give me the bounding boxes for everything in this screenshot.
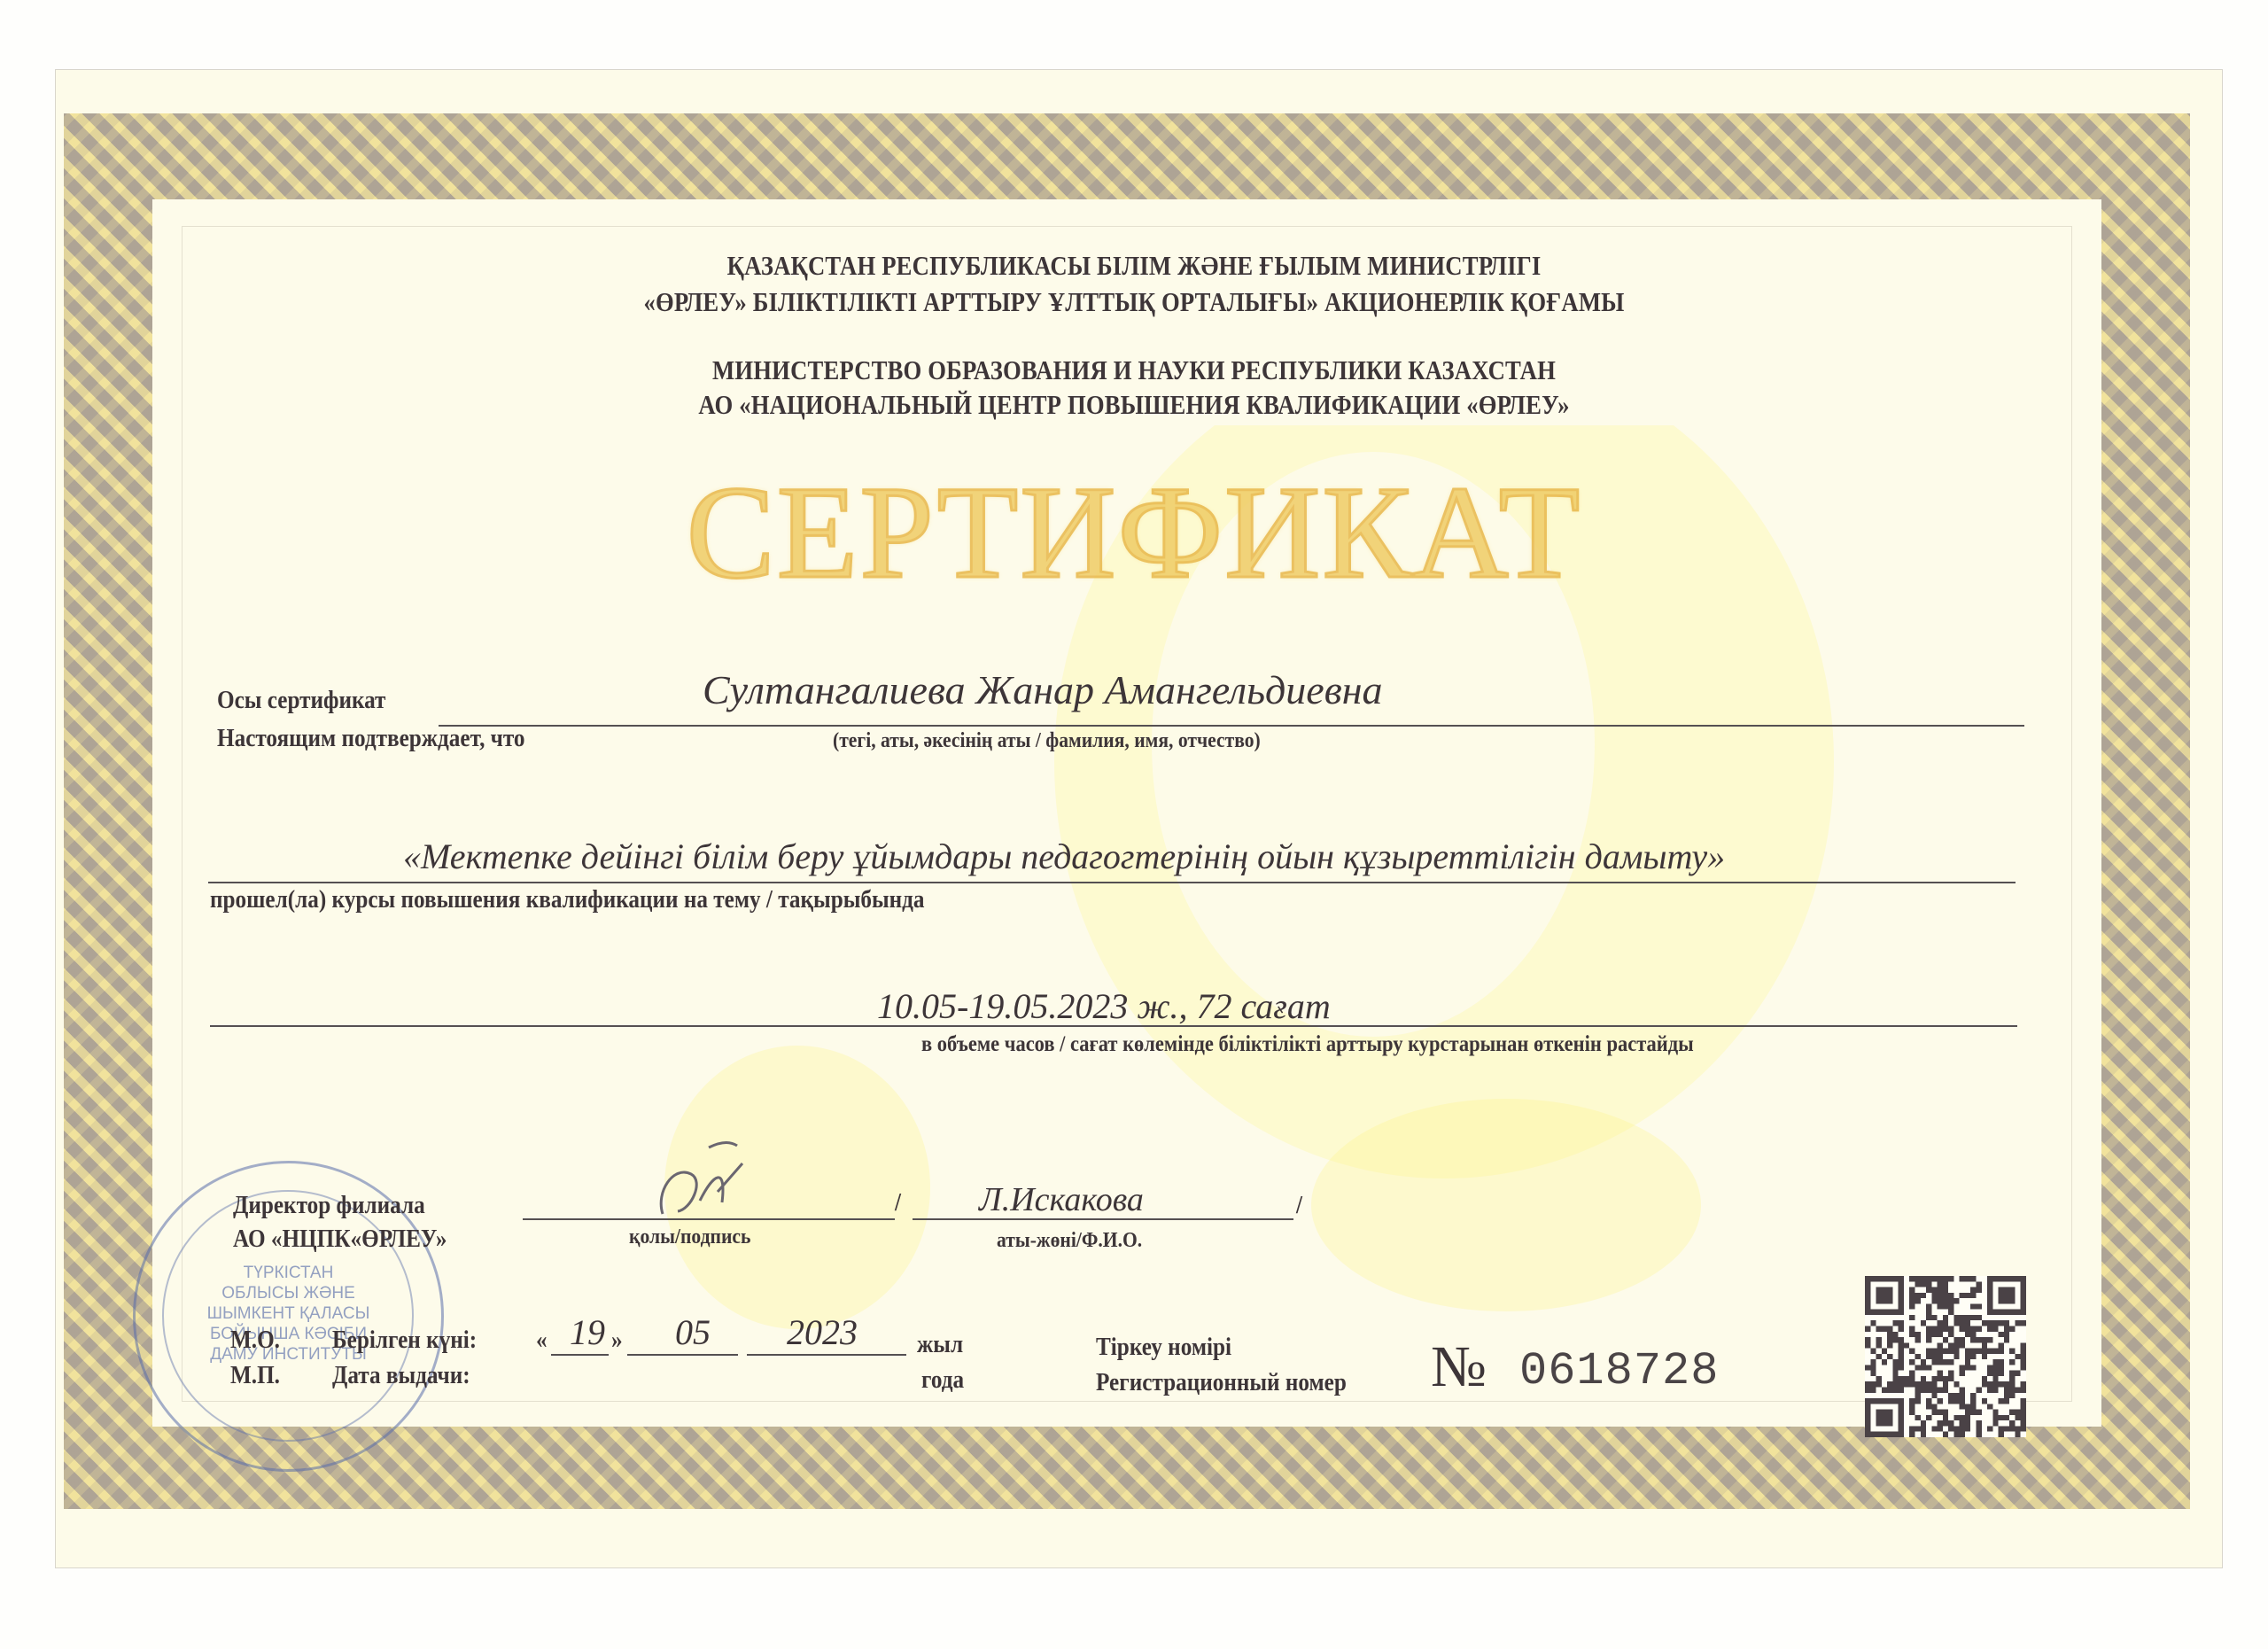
header-ru-line-1: МИНИСТЕРСТВО ОБРАЗОВАНИЯ И НАУКИ РЕСПУБЛ… <box>159 354 2109 386</box>
issue-open-quote: « <box>536 1326 548 1355</box>
header-ru-line-2: АО «НАЦИОНАЛЬНЫЙ ЦЕНТР ПОВЫШЕНИЯ КВАЛИФИ… <box>159 389 2109 421</box>
duration-underline <box>210 1025 2017 1027</box>
issue-day: 19 <box>570 1311 605 1353</box>
issue-date-label-kz: Берілген күні: <box>332 1326 477 1355</box>
duration-caption: в объеме часов / сағат көлемінде білікті… <box>921 1032 1694 1057</box>
recipient-label-ru: Настоящим подтверждает, что <box>217 725 525 753</box>
course-underline <box>208 882 2016 883</box>
recipient-label-kz: Осы сертификат <box>217 687 385 715</box>
signatory-name-line <box>913 1218 1293 1220</box>
issue-year-label-kz: жыл <box>917 1331 963 1359</box>
signatory-name-caption: аты-жөні/Ф.И.О. <box>997 1229 1142 1253</box>
registration-label-ru: Регистрационный номер <box>1096 1369 1347 1397</box>
signatory-name: Л.Искакова <box>979 1180 1144 1219</box>
signature-separator-2: / <box>1296 1192 1302 1220</box>
signature-separator-1: / <box>895 1189 901 1217</box>
course-topic: «Мектепке дейінгі білім беру ұйымдары пе… <box>403 836 1725 877</box>
numero-sign: № <box>1431 1334 1487 1401</box>
signature-icon <box>638 1139 771 1223</box>
certificate-title: СЕРТИФИКАТ <box>0 456 2268 609</box>
issue-date-label-ru: Дата выдачи: <box>332 1362 470 1390</box>
header-kz-line-2: «ӨРЛЕУ» БІЛІКТІЛІКТІ АРТТЫРУ ҰЛТТЫҚ ОРТА… <box>159 286 2109 318</box>
recipient-underline <box>439 725 2024 727</box>
mp-ru: М.П. <box>230 1362 280 1390</box>
issue-year-label-ru: года <box>921 1366 964 1395</box>
recipient-name: Султангалиева Жанар Амангельдиевна <box>703 666 1383 713</box>
registration-label-kz: Тіркеу номірі <box>1096 1334 1231 1362</box>
issue-year-line <box>747 1354 906 1356</box>
course-caption: прошел(ла) курсы повышения квалификации … <box>210 886 925 914</box>
mp-kz: М.О. <box>230 1326 280 1355</box>
issue-month-line <box>627 1354 738 1356</box>
issue-close-quote: » <box>611 1326 623 1355</box>
signatory-title-line-1: Директор филиала <box>233 1192 425 1220</box>
registration-number: 0618728 <box>1519 1345 1719 1397</box>
issue-day-line <box>551 1354 609 1356</box>
signatory-title-line-2: АО «НЦПК«ӨРЛЕУ» <box>233 1225 447 1254</box>
course-duration: 10.05-19.05.2023 ж., 72 сағат <box>877 985 1331 1027</box>
issue-year: 2023 <box>787 1311 858 1353</box>
header-kz-line-1: ҚАЗАҚСТАН РЕСПУБЛИКАСЫ БІЛІМ ЖӘНЕ ҒЫЛЫМ … <box>159 250 2109 282</box>
qr-code-icon <box>1865 1276 2026 1437</box>
signature-caption: қолы/подпись <box>629 1225 750 1249</box>
issue-month: 05 <box>675 1311 711 1353</box>
recipient-caption: (тегі, аты, әкесінің аты / фамилия, имя,… <box>833 729 1261 753</box>
